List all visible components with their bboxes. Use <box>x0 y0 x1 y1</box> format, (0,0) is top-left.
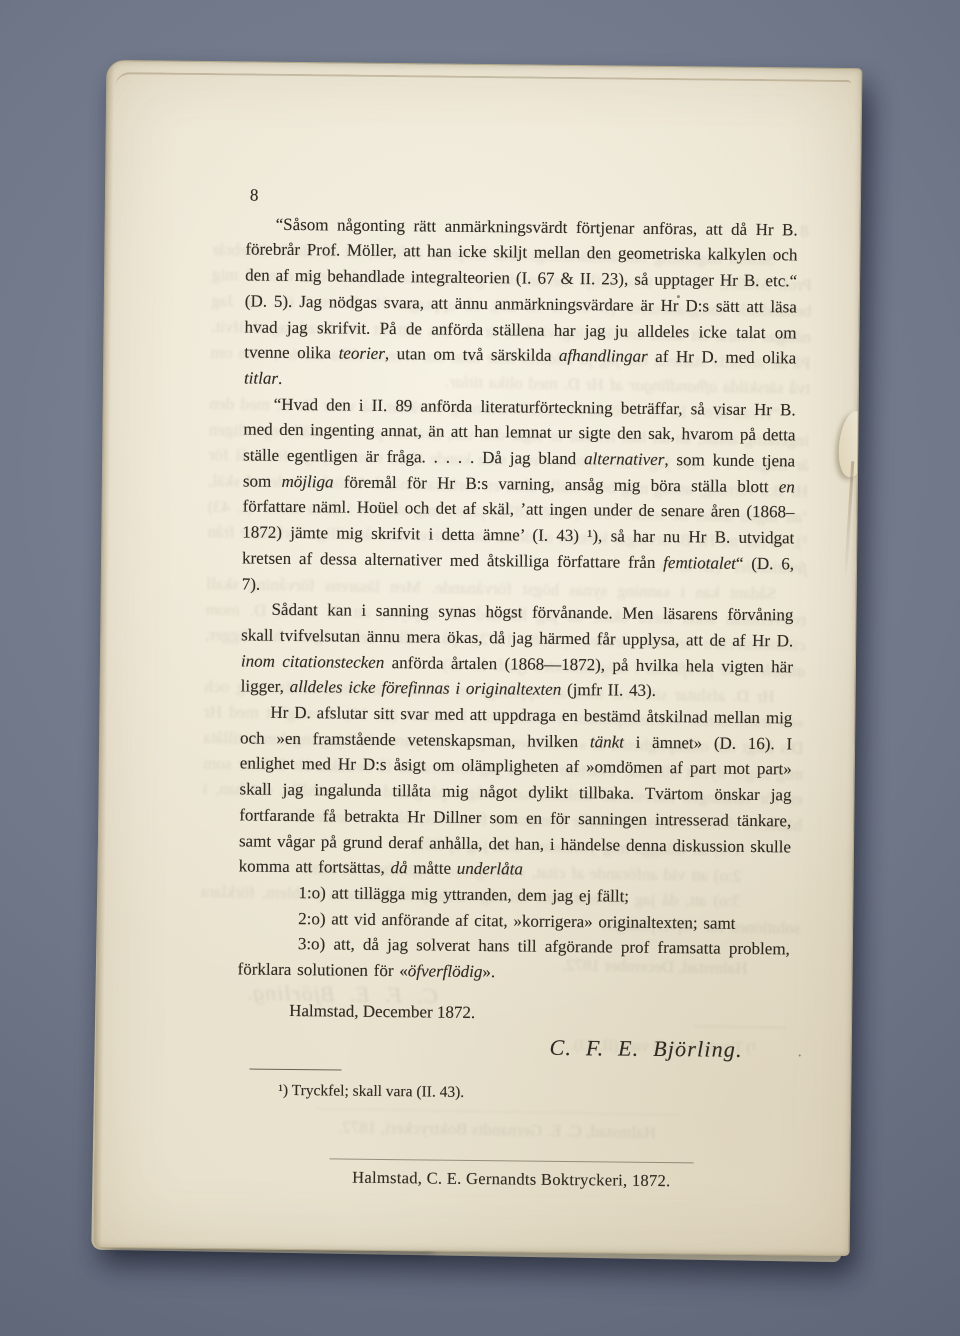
text-run: i ämnet» (D. 16). I enlighet med Hr D:s … <box>239 732 793 877</box>
paragraph-1: “Såsom någonting rätt anmärkningsvärdt f… <box>244 211 798 397</box>
list-item-3: 3:o) att, då jag solverat hans till afgö… <box>237 931 790 988</box>
page-number: 8 <box>250 183 798 215</box>
text-block: 8 “Såsom någonting rätt anmärkningsvärdt… <box>235 182 798 1195</box>
text-run: Sådant kan i sanning synas högst förvåna… <box>241 600 793 650</box>
text-run: “Såsom någonting rätt anmärkningsvärdt f… <box>244 214 798 362</box>
footnote: ¹) Tryckfel; skall vara (II. 43). <box>236 1078 788 1110</box>
text-run: då <box>390 858 407 877</box>
text-run: måtte <box>407 859 456 879</box>
text-run: 3:o) att, då jag solverat hans till afgö… <box>238 934 790 980</box>
torn-edge-flap <box>835 410 862 479</box>
dust-speck <box>799 1054 801 1056</box>
text-run: femtiotalet <box>663 553 736 573</box>
text-run: teorier <box>339 344 385 363</box>
text-run: , utan om två särskilda <box>385 344 559 365</box>
text-run: tänkt <box>590 732 624 751</box>
imprint: Halmstad, C. E. Gernandts Boktryckeri, 1… <box>235 1163 787 1195</box>
paragraph-2: “Hvad den i II. 89 anförda literaturfört… <box>242 391 796 603</box>
imprint-rule <box>330 1158 694 1163</box>
text-run: möjliga <box>281 472 333 492</box>
signature: C. F. E. Björling. <box>237 1031 789 1063</box>
scan-background: { "colors": { "background": "#6f7789", "… <box>0 0 960 1336</box>
torn-edge-crease <box>844 461 855 581</box>
text-run: alternativer <box>584 449 664 469</box>
text-run: titlar <box>244 368 278 387</box>
scanned-page: 8 “Såsom någonting rätt anmärkningsvärdt… <box>94 60 863 1256</box>
text-run: föremål för Hr B:s varning, ansåg mig bö… <box>333 472 779 496</box>
text-run: . <box>278 369 282 388</box>
page-top-edge-line <box>115 72 851 98</box>
page-left-deckle-edge <box>95 61 115 1247</box>
text-run: ». <box>482 962 495 981</box>
text-run: underlåta <box>457 859 523 879</box>
footnote-rule <box>250 1069 342 1071</box>
text-run: af Hr D. med olika <box>648 347 797 368</box>
text-run: alldeles icke förefinnas i originaltexte… <box>290 677 562 699</box>
text-run: inom citationstecken <box>241 651 385 672</box>
text-run: (jmfr II. 43). <box>561 680 656 700</box>
text-run: öfverflödig <box>408 961 483 981</box>
text-run: 2:o) att vid anförande af citat, »korrig… <box>298 909 736 933</box>
text-run: en <box>779 477 795 496</box>
dateline: Halmstad, December 1872. <box>237 997 789 1029</box>
text-run: afhandlingar <box>559 346 648 366</box>
paragraph-4: Hr D. afslutar sitt svar med att uppdrag… <box>239 699 793 885</box>
text-run: 1:o) att tillägga mig yttranden, dem jag… <box>298 883 629 906</box>
paragraph-3: Sådant kan i sanning synas högst förvåna… <box>241 597 794 706</box>
